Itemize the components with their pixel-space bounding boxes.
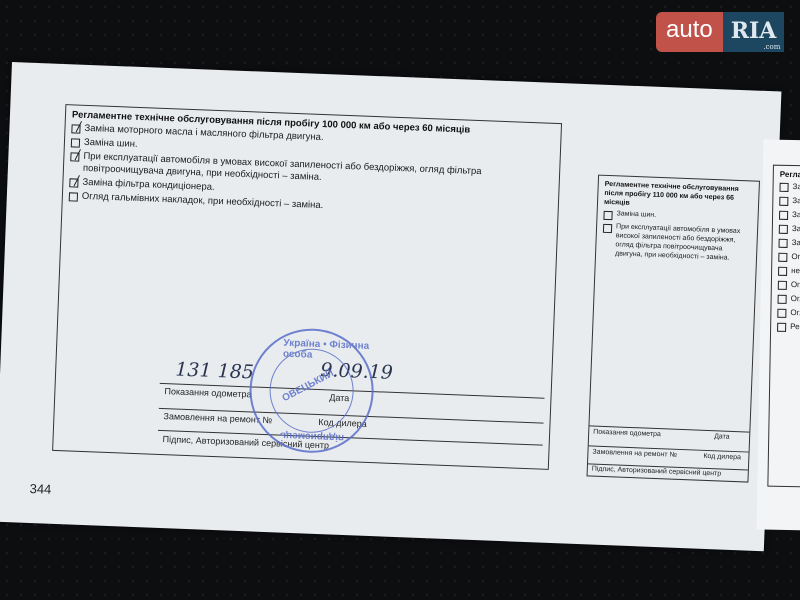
checkbox-icon — [70, 152, 79, 161]
checklist-item: Зам — [779, 209, 800, 222]
checklist-item: Огл — [778, 279, 800, 292]
checklist-item: Рег — [777, 321, 800, 334]
checklist-item: Огл — [778, 293, 800, 306]
checkbox-icon — [779, 211, 788, 220]
checklist-item: Огл — [778, 251, 800, 264]
next-service-box: Регламентне технічне обслуговування післ… — [587, 175, 760, 483]
checklist-item: Зам — [779, 181, 800, 194]
checkbox-icon — [778, 253, 787, 262]
autoria-logo: auto RIA.com — [656, 12, 784, 52]
checklist-item: При експлуатації автомобіля в умовах вис… — [602, 222, 751, 264]
checkbox-icon — [777, 309, 786, 318]
checkbox-icon — [69, 192, 78, 201]
checkbox-icon — [779, 197, 788, 206]
checkbox-icon — [69, 178, 78, 187]
checkbox-icon — [603, 224, 612, 233]
checkbox-icon — [779, 239, 788, 248]
service-book-page: Регламентне технічне обслуговування післ… — [0, 62, 781, 551]
checkbox-icon — [779, 225, 788, 234]
checklist-item: Зам — [779, 195, 800, 208]
checkbox-icon — [778, 267, 787, 276]
checklist-item: нео — [778, 265, 800, 278]
checkbox-icon — [777, 323, 786, 332]
checkbox-icon — [778, 295, 787, 304]
odometer-value: 131 185 — [175, 359, 254, 384]
page-number: 344 — [29, 481, 51, 497]
checkbox-icon — [603, 211, 612, 220]
checkbox-icon — [778, 281, 787, 290]
checklist-item: Огл — [777, 307, 800, 320]
checklist-item: Зам — [779, 223, 800, 236]
next-page: Регла ЗамЗамЗамЗамЗамОглнеоОглОглОглРег — [757, 140, 800, 531]
checkbox-icon — [71, 124, 80, 133]
checklist-item: Зам — [779, 237, 800, 250]
checkbox-icon — [779, 183, 788, 192]
